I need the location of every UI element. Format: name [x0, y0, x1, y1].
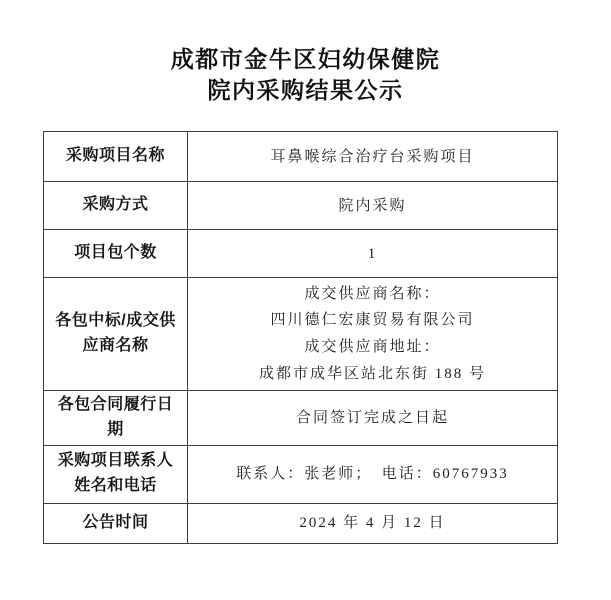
row-value-project-name: 耳鼻喉综合治疗台采购项目	[188, 132, 558, 182]
row-value-announcement-date: 2024 年 4 月 12 日	[188, 503, 558, 543]
supplier-address: 成都市成华区站北东街 188 号	[196, 361, 549, 388]
row-value-contract-period: 合同签订完成之日起	[188, 391, 558, 446]
procurement-result-table: 采购项目名称 耳鼻喉综合治疗台采购项目 采购方式 院内采购 项目包个数 1 各包…	[43, 131, 558, 544]
table-row-announcement-date: 公告时间 2024 年 4 月 12 日	[44, 503, 558, 543]
supplier-name: 四川德仁宏康贸易有限公司	[196, 307, 549, 334]
table-row-project-name: 采购项目名称 耳鼻喉综合治疗台采购项目	[44, 132, 558, 182]
row-value-winning-supplier: 成交供应商名称： 四川德仁宏康贸易有限公司 成交供应商地址： 成都市成华区站北东…	[188, 278, 558, 391]
title-line-1: 成都市金牛区妇幼保健院	[0, 44, 611, 75]
row-label-project-name: 采购项目名称	[44, 132, 188, 182]
row-label-winning-supplier: 各包中标/成交供应商名称	[44, 278, 188, 391]
supplier-address-caption: 成交供应商地址：	[196, 334, 549, 361]
table-row-winning-supplier: 各包中标/成交供应商名称 成交供应商名称： 四川德仁宏康贸易有限公司 成交供应商…	[44, 278, 558, 391]
table-row-procurement-method: 采购方式 院内采购	[44, 182, 558, 230]
row-value-package-count: 1	[188, 230, 558, 278]
row-value-contact-info: 联系人：张老师； 电话：60767933	[188, 445, 558, 503]
row-label-package-count: 项目包个数	[44, 230, 188, 278]
row-value-procurement-method: 院内采购	[188, 182, 558, 230]
document-title: 成都市金牛区妇幼保健院 院内采购结果公示	[0, 44, 611, 106]
title-line-2: 院内采购结果公示	[0, 75, 611, 106]
supplier-name-caption: 成交供应商名称：	[196, 281, 549, 308]
row-label-announcement-date: 公告时间	[44, 503, 188, 543]
table-row-contact-info: 采购项目联系人姓名和电话 联系人：张老师； 电话：60767933	[44, 445, 558, 503]
row-label-contract-period: 各包合同履行日期	[44, 391, 188, 446]
table-row-package-count: 项目包个数 1	[44, 230, 558, 278]
document-page: 成都市金牛区妇幼保健院 院内采购结果公示 采购项目名称 耳鼻喉综合治疗台采购项目…	[0, 0, 611, 600]
row-label-contact-info: 采购项目联系人姓名和电话	[44, 445, 188, 503]
row-label-procurement-method: 采购方式	[44, 182, 188, 230]
table-row-contract-period: 各包合同履行日期 合同签订完成之日起	[44, 391, 558, 446]
